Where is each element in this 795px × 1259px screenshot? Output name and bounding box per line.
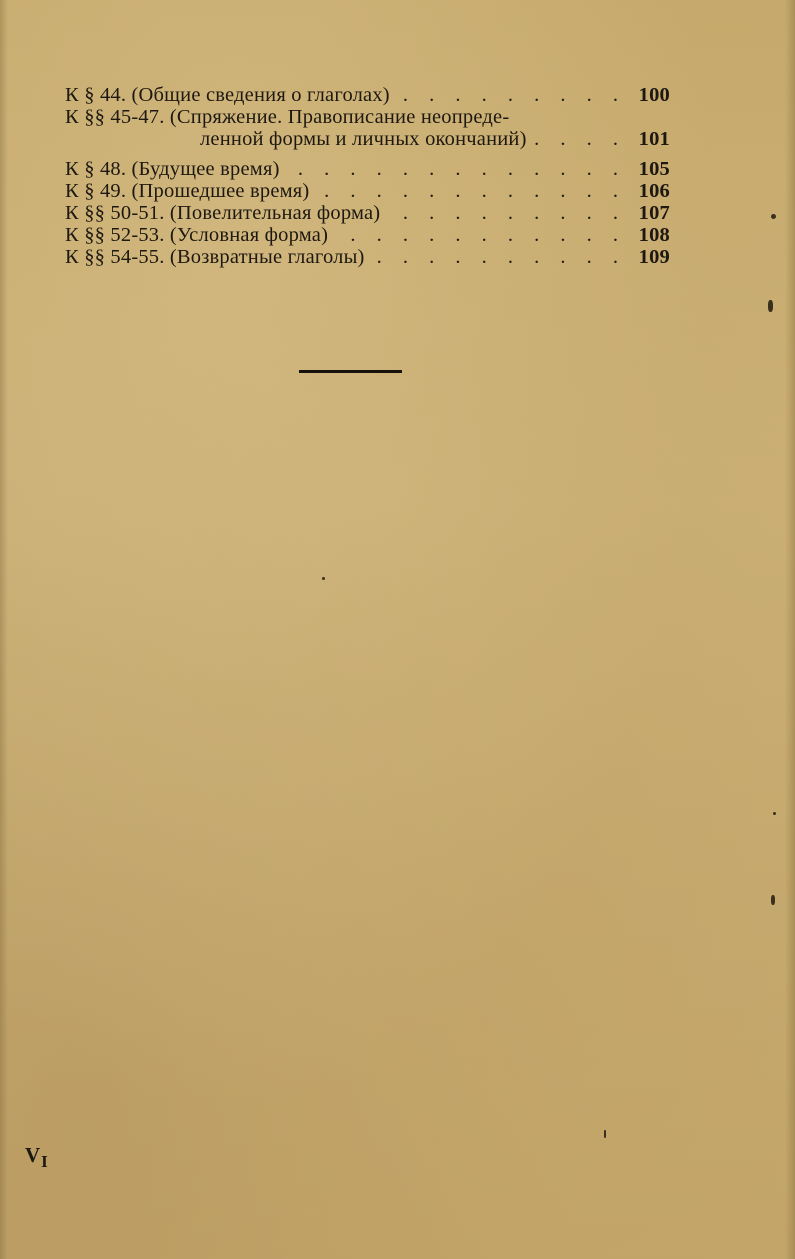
- toc-leader-dots: . . . . . . . . . . . . . . . . . . . . …: [313, 180, 626, 202]
- toc-entry-page: 101: [632, 128, 670, 150]
- toc-leader-dots: . . . . . . . . . . . . . . . . . . . . …: [394, 84, 626, 106]
- page-number-sub: I: [41, 1152, 49, 1171]
- paper-speck: [773, 812, 776, 815]
- toc-leader-dots: . . . . . . . . . . . . . . . . . . . . …: [531, 128, 626, 150]
- paper-speck: [604, 1130, 606, 1138]
- toc-entry-label: К §§ 50-51. (Повелительная форма): [65, 202, 380, 224]
- page-number-main: V: [25, 1143, 41, 1167]
- toc-entry-label: К §§ 52-53. (Условная форма): [65, 224, 328, 246]
- toc-entry-label: К § 44. (Общие сведения о глаголах): [65, 84, 390, 106]
- page-number: VI: [25, 1143, 49, 1168]
- toc-entry-page: 106: [632, 180, 670, 202]
- toc-entry: К § 49. (Прошедшее время) . . . . . . . …: [65, 180, 670, 202]
- toc-entry-page: 109: [632, 246, 670, 268]
- paper-speck: [322, 577, 325, 580]
- toc-entry: К §§ 50-51. (Повелительная форма) . . . …: [65, 202, 670, 224]
- toc-entry-page: 105: [632, 158, 670, 180]
- page-edge-right: [785, 0, 795, 1259]
- paper-speck: [768, 300, 773, 312]
- toc-entry-label-line1: К §§ 45-47. (Спряжение. Правописание нео…: [65, 106, 670, 128]
- section-divider-rule: [299, 370, 402, 373]
- table-of-contents: К § 44. (Общие сведения о глаголах) . . …: [65, 84, 670, 268]
- toc-entry-page: 100: [632, 84, 670, 106]
- paper-speck: [771, 214, 776, 219]
- toc-entry: К §§ 54-55. (Возвратные глаголы) . . . .…: [65, 246, 670, 268]
- toc-leader-dots: . . . . . . . . . . . . . . . . . . . . …: [332, 224, 626, 246]
- toc-leader-dots: . . . . . . . . . . . . . . . . . . . . …: [284, 158, 626, 180]
- toc-entry: К § 48. (Будущее время) . . . . . . . . …: [65, 158, 670, 180]
- toc-entry-label: К §§ 54-55. (Возвратные глаголы): [65, 246, 365, 268]
- toc-entry: К §§ 52-53. (Условная форма) . . . . . .…: [65, 224, 670, 246]
- toc-entry: К §§ 45-47. (Спряжение. Правописание нео…: [65, 106, 670, 150]
- toc-leader-dots: . . . . . . . . . . . . . . . . . . . . …: [369, 246, 626, 268]
- toc-entry-label-line2: ленной формы и личных окончаний): [200, 128, 527, 150]
- toc-entry-label: К § 49. (Прошедшее время): [65, 180, 309, 202]
- toc-entry-label: К § 48. (Будущее время): [65, 158, 280, 180]
- page-edge-left: [0, 0, 8, 1259]
- toc-entry: К § 44. (Общие сведения о глаголах) . . …: [65, 84, 670, 106]
- toc-leader-dots: . . . . . . . . . . . . . . . . . . . . …: [384, 202, 626, 224]
- toc-entry-page: 107: [632, 202, 670, 224]
- paper-speck: [771, 895, 775, 905]
- toc-entry-page: 108: [632, 224, 670, 246]
